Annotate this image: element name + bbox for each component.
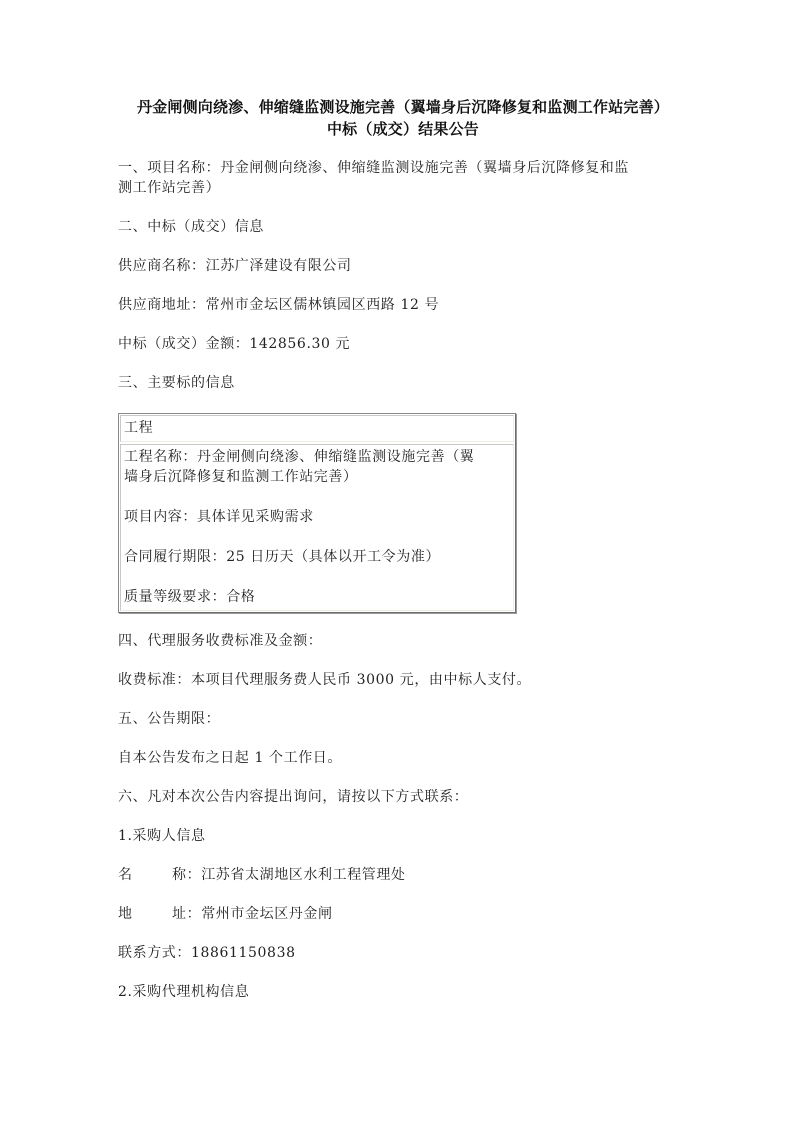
announcement-document: 丹金闸侧向绕渗、伸缩缝监测设施完善（翼墙身后沉降修复和监测工作站完善） 中标（成…	[118, 96, 688, 1002]
purchaser-contact: 联系方式：18861150838	[118, 943, 688, 963]
purchaser-name-label-b: 称：	[172, 867, 201, 883]
supplier-name: 供应商名称：江苏广泽建设有限公司	[118, 256, 688, 276]
table-body-cell: 工程名称：丹金闸侧向绕渗、伸缩缝监测设施完善（翼 墙身后沉降修复和监测工作站完善…	[120, 444, 514, 611]
table-header-cell: 工程	[120, 415, 514, 442]
purchaser-address: 地址：常州市金坛区丹金闸	[118, 904, 688, 924]
section-heading: 二、中标（成交）信息	[118, 217, 688, 237]
purchaser-name-value: 江苏省太湖地区水利工程管理处	[201, 867, 405, 883]
title-line-2: 中标（成交）结果公告	[98, 118, 708, 140]
section-bid-info: 二、中标（成交）信息 供应商名称：江苏广泽建设有限公司 供应商地址：常州市金坛区…	[118, 217, 688, 354]
quality-requirement: 质量等级要求：合格	[124, 587, 510, 607]
purchaser-name-label-a: 名	[118, 865, 172, 885]
project-name-line-1: 一、项目名称：丹金闸侧向绕渗、伸缩缝监测设施完善（翼墙身后沉降修复和监	[118, 158, 688, 178]
contract-period: 合同履行期限：25 日历天（具体以开工令为准）	[124, 547, 510, 567]
purchaser-address-label-b: 址：	[172, 906, 201, 922]
section-contact: 六、凡对本次公告内容提出询问，请按以下方式联系： 1.采购人信息 名称：江苏省太…	[118, 787, 688, 1002]
section-heading: 三、主要标的信息	[118, 373, 688, 393]
project-title-line-1: 工程名称：丹金闸侧向绕渗、伸缩缝监测设施完善（翼	[124, 447, 510, 467]
section-heading: 四、代理服务收费标准及金额：	[118, 631, 688, 651]
section-heading: 六、凡对本次公告内容提出询问，请按以下方式联系：	[118, 787, 688, 807]
project-content: 项目内容：具体详见采购需求	[124, 507, 510, 527]
section-agency-fee: 四、代理服务收费标准及金额： 收费标准：本项目代理服务费人民币 3000 元，由…	[118, 631, 688, 690]
project-title-line-2: 墙身后沉降修复和监测工作站完善）	[124, 467, 510, 487]
project-name-line-2: 测工作站完善）	[118, 178, 688, 198]
purchaser-heading: 1.采购人信息	[118, 826, 688, 846]
supplier-address: 供应商地址：常州市金坛区儒林镇园区西路 12 号	[118, 295, 688, 315]
document-title: 丹金闸侧向绕渗、伸缩缝监测设施完善（翼墙身后沉降修复和监测工作站完善） 中标（成…	[98, 96, 708, 140]
purchaser-address-label-a: 地	[118, 904, 172, 924]
title-line-1: 丹金闸侧向绕渗、伸缩缝监测设施完善（翼墙身后沉降修复和监测工作站完善）	[98, 96, 708, 118]
purchaser-name: 名称：江苏省太湖地区水利工程管理处	[118, 865, 688, 885]
section-announcement-period: 五、公告期限： 自本公告发布之日起 1 个工作日。	[118, 709, 688, 768]
section-heading: 五、公告期限：	[118, 709, 688, 729]
announcement-period: 自本公告发布之日起 1 个工作日。	[118, 748, 688, 768]
section-main-subject: 三、主要标的信息 工程 工程名称：丹金闸侧向绕渗、伸缩缝监测设施完善（翼 墙身后…	[118, 373, 688, 613]
bid-amount: 中标（成交）金额：142856.30 元	[118, 334, 688, 354]
fee-standard: 收费标准：本项目代理服务费人民币 3000 元，由中标人支付。	[118, 670, 688, 690]
section-project-name: 一、项目名称：丹金闸侧向绕渗、伸缩缝监测设施完善（翼墙身后沉降修复和监 测工作站…	[118, 158, 688, 198]
agency-heading: 2.采购代理机构信息	[118, 982, 688, 1002]
subject-info-table: 工程 工程名称：丹金闸侧向绕渗、伸缩缝监测设施完善（翼 墙身后沉降修复和监测工作…	[118, 413, 516, 613]
purchaser-address-value: 常州市金坛区丹金闸	[201, 906, 332, 922]
